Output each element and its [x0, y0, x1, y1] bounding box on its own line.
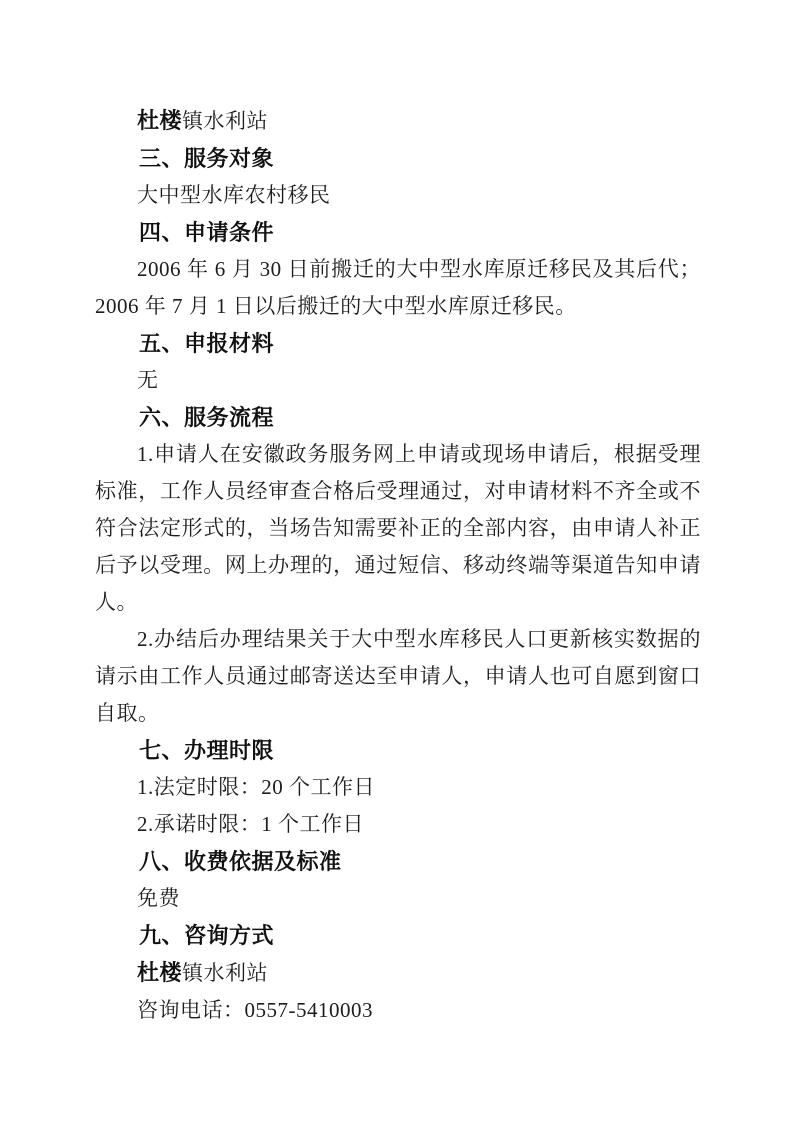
para-service-process-step-2: 2.办结后办理结果关于大中型水库移民人口更新核实数据的请示由工作人员通过邮寄送达… — [95, 621, 701, 732]
station-name-regular: 镇水利站 — [182, 109, 268, 133]
para-fee-free: 免费 — [95, 880, 701, 917]
heading-service-process: 六、服务流程 — [95, 399, 701, 436]
para-statutory-time-limit: 1.法定时限：20 个工作日 — [95, 769, 701, 806]
para-application-conditions: 2006 年 6 月 30 日前搬迁的大中型水库原迁移民及其后代；2006 年 … — [95, 251, 701, 325]
document-page: 杜楼镇水利站 三、服务对象 大中型水库农村移民 四、申请条件 2006 年 6 … — [0, 0, 793, 1122]
para-application-materials: 无 — [95, 362, 701, 399]
station-name-bold: 杜楼 — [137, 108, 182, 133]
station-line-intro: 杜楼镇水利站 — [95, 102, 701, 140]
station-name-bold-footer: 杜楼 — [137, 960, 182, 985]
station-line-footer: 杜楼镇水利站 — [95, 954, 701, 992]
para-service-targets: 大中型水库农村移民 — [95, 177, 701, 214]
para-contact-phone: 咨询电话：0557-5410003 — [95, 992, 701, 1029]
heading-processing-time-limit: 七、办理时限 — [95, 732, 701, 769]
para-promised-time-limit: 2.承诺时限：1 个工作日 — [95, 806, 701, 843]
heading-service-targets: 三、服务对象 — [95, 140, 701, 177]
station-name-regular-footer: 镇水利站 — [182, 961, 268, 985]
para-service-process-step-1: 1.申请人在安徽政务服务网上申请或现场申请后，根据受理标准，工作人员经审查合格后… — [95, 436, 701, 621]
heading-fee-basis-standard: 八、收费依据及标准 — [95, 843, 701, 880]
document-content: 杜楼镇水利站 三、服务对象 大中型水库农村移民 四、申请条件 2006 年 6 … — [95, 102, 701, 1029]
heading-application-conditions: 四、申请条件 — [95, 214, 701, 251]
heading-consultation-method: 九、咨询方式 — [95, 917, 701, 954]
heading-application-materials: 五、申报材料 — [95, 325, 701, 362]
